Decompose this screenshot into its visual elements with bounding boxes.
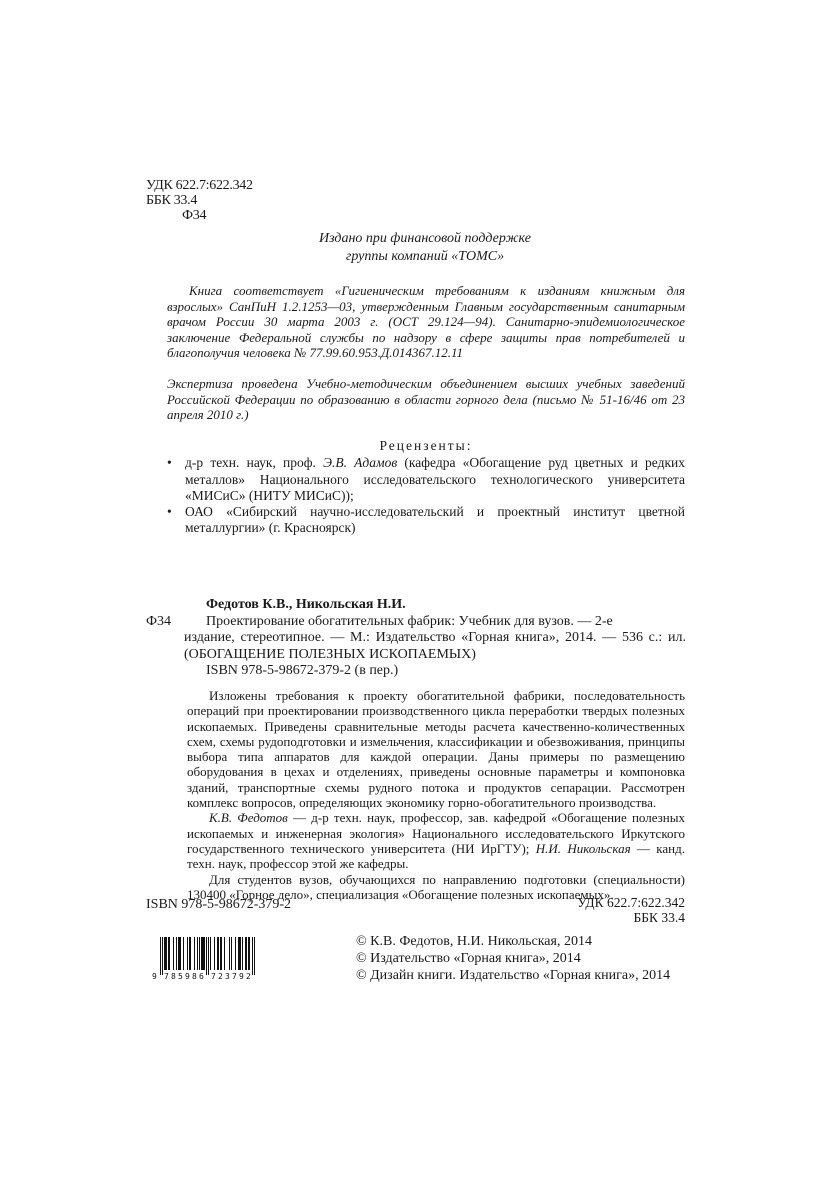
reviewer-organization: ОАО «Сибирский научно-исследовательский … xyxy=(185,504,685,535)
reviewer-prefix: д-р техн. наук, проф. xyxy=(185,455,323,470)
barcode-icon: 9785986723792 xyxy=(152,937,260,981)
bib-description-rest: издание, стереотипное. — М.: Издательств… xyxy=(146,630,686,663)
bullet-icon: • xyxy=(167,455,172,471)
footer-isbn: ISBN 978-5-98672-379-2 xyxy=(146,897,291,913)
svg-text:7: 7 xyxy=(232,972,237,981)
author-name-2: Н.И. Никольская xyxy=(536,841,631,856)
svg-text:2: 2 xyxy=(246,972,251,981)
svg-text:5: 5 xyxy=(178,972,183,981)
bibliographic-record: Федотов К.В., Никольская Н.И. Ф34 Проект… xyxy=(146,597,686,680)
bbk-code: ББК 33.4 xyxy=(146,193,253,208)
reviewers-list: • д-р техн. наук, проф. Э.В. Адамов (каф… xyxy=(167,455,685,536)
author-name-1: К.В. Федотов xyxy=(209,810,288,825)
author-mark: Ф34 xyxy=(146,208,253,223)
svg-text:2: 2 xyxy=(218,972,223,981)
hygiene-notice: Книга соответствует «Гигиеническим требо… xyxy=(167,283,685,361)
udk-code: УДК 622.7:622.342 xyxy=(146,178,253,193)
svg-text:8: 8 xyxy=(171,972,176,981)
svg-text:7: 7 xyxy=(164,972,169,981)
hygiene-text: Книга соответствует «Гигиеническим требо… xyxy=(167,283,685,361)
svg-text:6: 6 xyxy=(199,972,204,981)
footer-udk: УДК 622.7:622.342 xyxy=(440,895,685,910)
classification-codes: УДК 622.7:622.342 ББК 33.4 Ф34 xyxy=(146,178,253,223)
copyright-line: © К.В. Федотов, Н.И. Никольская, 2014 xyxy=(356,933,670,950)
bib-isbn: ISBN 978-5-98672-379-2 (в пер.) xyxy=(146,663,686,680)
bib-description: Ф34 Проектирование обогатительных фабрик… xyxy=(146,614,686,664)
isbn-barcode: 9785986723792 xyxy=(152,937,260,981)
bib-authors: Федотов К.В., Никольская Н.И. xyxy=(146,597,686,614)
svg-text:7: 7 xyxy=(211,972,216,981)
copyright-line: © Дизайн книги. Издательство «Горная кни… xyxy=(356,967,670,984)
reviewer-item: • д-р техн. наук, проф. Э.В. Адамов (каф… xyxy=(167,455,685,504)
reviewers-section: Рецензенты: • д-р техн. наук, проф. Э.В.… xyxy=(167,438,685,537)
sponsor-notice: Издано при финансовой поддержке группы к… xyxy=(160,230,690,266)
annotation-authors: К.В. Федотов — д-р техн. наук, профессор… xyxy=(187,810,685,871)
svg-text:9: 9 xyxy=(239,972,244,981)
sponsor-line-2: группы компаний «ТОМС» xyxy=(160,248,690,266)
annotation: Изложены требования к проекту обогатител… xyxy=(187,688,685,902)
copyright-notices: © К.В. Федотов, Н.И. Никольская, 2014 © … xyxy=(356,933,670,984)
sponsor-line-1: Издано при финансовой поддержке xyxy=(160,230,690,248)
bib-title-line: Проектирование обогатительных фабрик: Уч… xyxy=(146,614,686,631)
bib-author-mark: Ф34 xyxy=(146,614,171,631)
svg-text:8: 8 xyxy=(192,972,197,981)
expertise-text: Экспертиза проведена Учебно-методическим… xyxy=(167,376,685,423)
copyright-line: © Издательство «Горная книга», 2014 xyxy=(356,950,670,967)
reviewer-name: Э.В. Адамов xyxy=(323,455,397,470)
annotation-summary: Изложены требования к проекту обогатител… xyxy=(187,688,685,810)
svg-text:9: 9 xyxy=(152,972,157,981)
footer-classification: УДК 622.7:622.342 ББК 33.4 xyxy=(440,895,685,925)
svg-text:9: 9 xyxy=(185,972,190,981)
reviewers-title: Рецензенты: xyxy=(167,438,685,454)
bullet-icon: • xyxy=(167,504,172,520)
reviewer-item: • ОАО «Сибирский научно-исследовательски… xyxy=(167,504,685,537)
svg-text:3: 3 xyxy=(225,972,230,981)
expertise-notice: Экспертиза проведена Учебно-методическим… xyxy=(167,376,685,423)
footer-bbk: ББК 33.4 xyxy=(440,910,685,925)
